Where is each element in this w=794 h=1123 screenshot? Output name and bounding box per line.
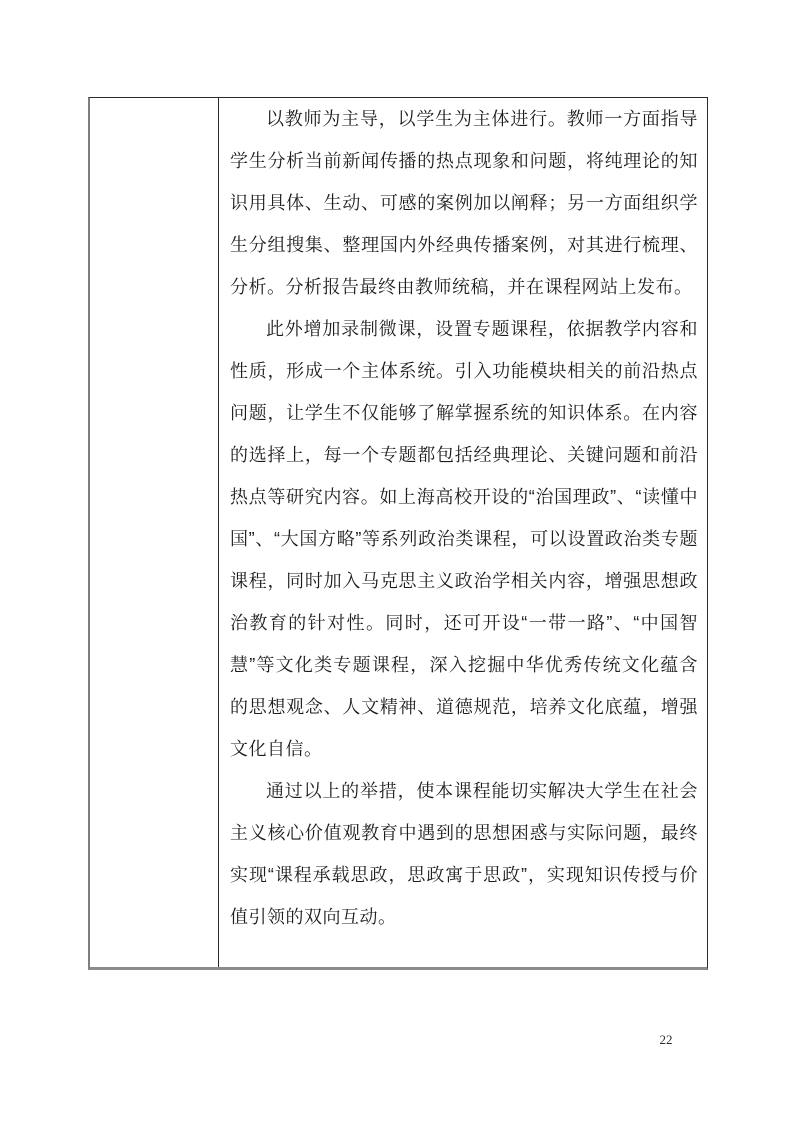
paragraph-micro-course: 此外增加录制微课，设置专题课程，依据教学内容和性质，形成一个主体系统。引入功能模…	[230, 308, 698, 770]
paragraph-teaching-method: 以教师为主导，以学生为主体进行。教师一方面指导学生分析当前新闻传播的热点现象和问…	[230, 98, 698, 308]
table-cell-left	[90, 98, 219, 967]
paragraph-conclusion: 通过以上的举措，使本课程能切实解决大学生在社会主义核心价值观教育中遇到的思想困惑…	[230, 770, 698, 938]
page-number: 22	[646, 1032, 686, 1048]
table-cell-right: 以教师为主导，以学生为主体进行。教师一方面指导学生分析当前新闻传播的热点现象和问…	[219, 98, 707, 967]
document-page: 以教师为主导，以学生为主体进行。教师一方面指导学生分析当前新闻传播的热点现象和问…	[0, 0, 794, 1123]
content-table: 以教师为主导，以学生为主体进行。教师一方面指导学生分析当前新闻传播的热点现象和问…	[88, 97, 708, 970]
